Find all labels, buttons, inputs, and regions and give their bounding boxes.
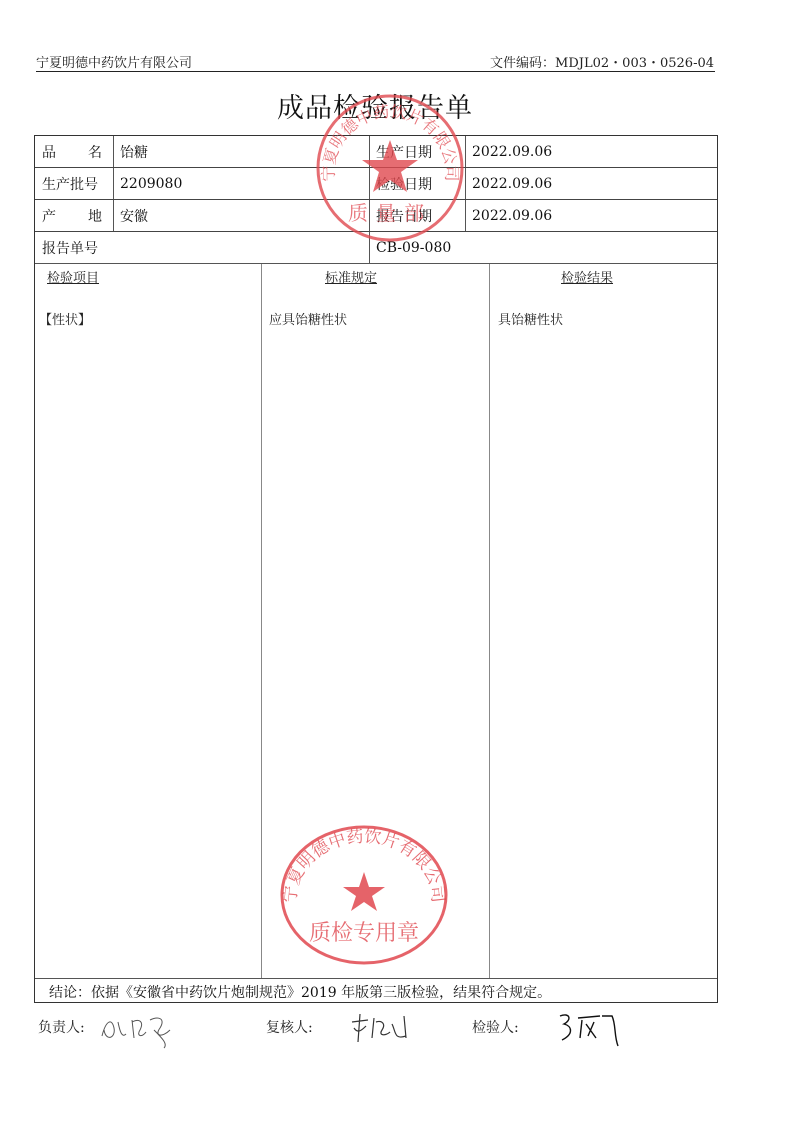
header-test-item: 检验项目 [47, 267, 99, 286]
test-date-value: 2022.09.06 [465, 168, 715, 199]
row-item: 【性状】 [39, 309, 91, 328]
company-name: 宁夏明德中药饮片有限公司 [36, 52, 192, 71]
label-char: 品 [42, 142, 56, 162]
column-divider [261, 264, 262, 978]
label-char: 产 [42, 206, 56, 226]
row-standard: 应具饴糖性状 [269, 309, 347, 328]
header-divider [36, 71, 715, 72]
quality-inspection-stamp: 宁夏明德中药饮片有限公司 质检专用章 [278, 822, 450, 968]
responsible-label: 负责人: [38, 1017, 85, 1037]
column-divider [489, 264, 490, 978]
prod-date-value: 2022.09.06 [465, 136, 715, 167]
label-char: 地 [88, 206, 102, 226]
reviewer-signature [346, 1008, 416, 1048]
origin-label: 产地 [35, 200, 113, 231]
stamp-center-text: 质检专用章 [309, 921, 419, 946]
batch-label: 生产批号 [35, 168, 113, 199]
responsible-signature [96, 1008, 186, 1050]
reviewer-label: 复核人: [266, 1017, 313, 1037]
header-standard: 标准规定 [325, 267, 377, 286]
row-result: 具饴糖性状 [498, 309, 563, 328]
report-date-value: 2022.09.06 [465, 200, 715, 231]
star-icon [343, 872, 385, 911]
label-char: 名 [88, 142, 102, 162]
product-name-label: 品名 [35, 136, 113, 167]
star-icon [362, 140, 418, 192]
conclusion: 结论：依据《安徽省中药饮片炮制规范》2019 年版第三版检验，结果符合规定。 [35, 978, 717, 1004]
inspector-label: 检验人: [472, 1017, 519, 1037]
quality-dept-stamp: 宁夏明德中药饮片有限公司 质量部 [310, 88, 470, 248]
inspector-signature [556, 1010, 626, 1050]
document-code: 文件编码：MDJL02・003・0526-04 [490, 52, 714, 71]
stamp-center-text: 质量部 [348, 201, 432, 225]
header-result: 检验结果 [561, 267, 613, 286]
